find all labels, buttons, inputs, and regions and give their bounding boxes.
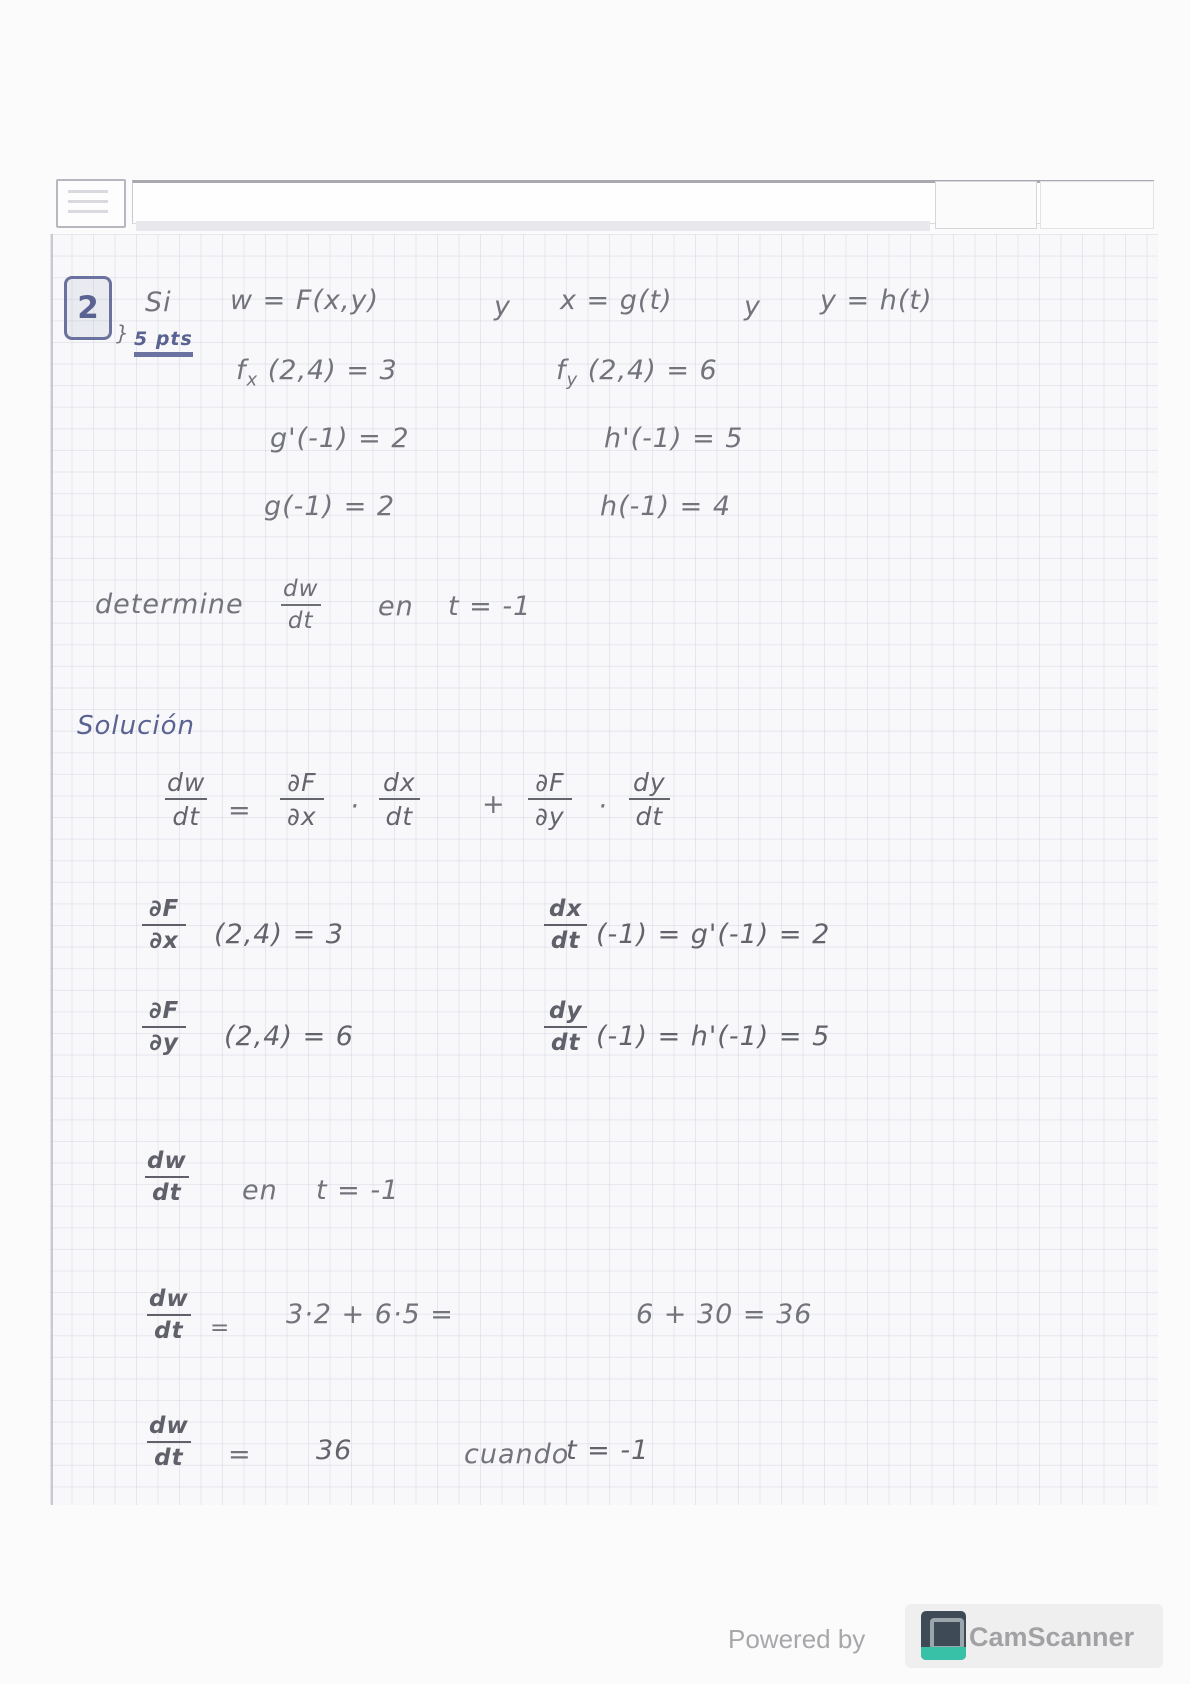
equals-sign: = [228,1440,252,1470]
task-verb: determine [95,590,244,620]
given-g-value: g(-1) = 2 [264,492,395,522]
fraction-dw-dt: dw dt [160,770,212,829]
stray-bracket-mark: } [116,322,130,344]
fraction-dw-dt: dw dt [276,578,325,633]
given-h-value: h(-1) = 4 [600,492,731,522]
fraction-dF-dy: ∂F ∂y [142,1000,186,1055]
scan-artifact-box-right2 [1040,181,1154,229]
equals-sign: = [210,1316,230,1341]
camscanner-logo-fold [921,1647,966,1660]
given-fy-value: fy (2,4) = 6 [556,356,718,390]
camscanner-logo-icon [921,1611,966,1660]
points-mark: 5 pts [134,328,193,357]
multiplication-dot: · [350,792,360,822]
multiplication-dot: · [598,792,608,822]
fraction-dx-dt: dx dt [376,770,423,829]
fraction-dw-dt: dw dt [142,1288,196,1343]
result-en: en [242,1176,278,1206]
artifact-line [68,210,108,213]
eval-dfdy-value: (2,4) = 6 [224,1022,354,1052]
given-si: Si [145,288,172,318]
given-w-definition: w = F(x,y) [230,286,379,316]
final-t-value: t = -1 [566,1436,649,1466]
fraction-dF-dy: ∂F ∂y [528,770,572,829]
task-en: en [378,592,414,622]
eval-dydt-value: (-1) = h'(-1) = 5 [596,1022,830,1052]
given-conjunction-2: y [744,292,761,322]
fraction-dw-dt: dw dt [142,1415,196,1470]
given-g-prime: g'(-1) = 2 [270,424,410,454]
given-fx-value: fx (2,4) = 3 [236,356,398,390]
fraction-dy-dt: dy dt [626,770,673,829]
given-x-definition: x = g(t) [560,286,673,316]
given-h-prime: h'(-1) = 5 [604,424,744,454]
fraction-dF-dx: ∂F ∂x [142,898,186,953]
final-value: 36 [316,1436,352,1466]
fraction-dw-dt: dw dt [140,1150,194,1205]
fraction-dx-dt: dx dt [542,898,589,953]
computation-result: 6 + 30 = 36 [636,1300,812,1330]
given-y-definition: y = h(t) [820,286,933,316]
task-t-value: t = -1 [448,592,531,622]
page-edge [51,234,53,1505]
camscanner-scan-glyph [930,1618,964,1650]
watermark-powered-by: Powered by [728,1624,865,1655]
plus-sign: + [482,790,506,820]
eval-dxdt-value: (-1) = g'(-1) = 2 [596,920,830,950]
final-when: cuando [464,1440,569,1470]
scanned-document-page: 2 5 pts } Si w = F(x,y) y x = g(t) y y =… [0,0,1190,1684]
computation-expression: 3·2 + 6·5 = [286,1300,454,1330]
result-t-value: t = -1 [316,1176,399,1206]
fraction-dy-dt: dy dt [542,1000,589,1055]
solution-label: Solución [77,712,195,741]
artifact-line [68,190,108,193]
scan-artifact-box-right [935,181,1037,229]
scan-artifact-box [56,179,126,228]
problem-number-badge: 2 [64,276,112,340]
fraction-dF-dx: ∂F ∂x [280,770,324,829]
given-conjunction-1: y [494,292,511,322]
equals-sign: = [228,796,252,826]
eval-dfdx-value: (2,4) = 3 [214,920,344,950]
watermark-brand: CamScanner [969,1622,1134,1653]
artifact-line [68,200,108,203]
scan-artifact-strip [136,221,930,231]
